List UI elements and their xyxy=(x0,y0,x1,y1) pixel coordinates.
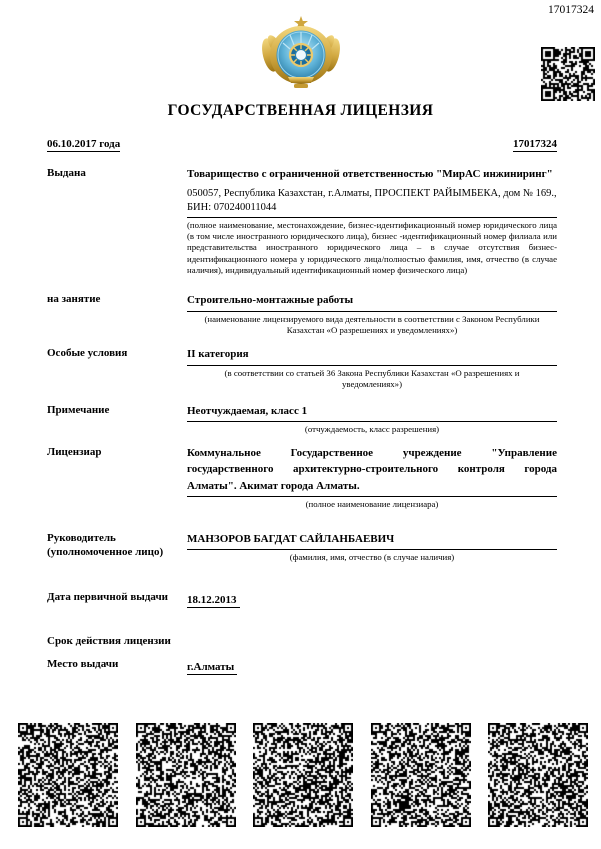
issue-place-value: г.Алматы xyxy=(187,661,237,675)
field-licensor: Лицензиар Коммунальное Государственное у… xyxy=(47,445,557,511)
document-body: 06.10.2017 года 17017324 Выдана Товарище… xyxy=(47,138,557,675)
divider-line xyxy=(187,217,557,218)
qr-code-icon xyxy=(541,47,595,101)
issued-to-value: Товарищество с ограниченной ответственно… xyxy=(187,166,557,183)
head-value: МАНЗОРОВ БАГДАТ САЙЛАНБАЕВИЧ xyxy=(187,531,557,551)
field-label: Примечание xyxy=(47,403,187,436)
first-issue-date-value: 18.12.2013 xyxy=(187,594,240,608)
field-issue-place: Место выдачи г.Алматы xyxy=(47,657,557,675)
field-issued-to: Выдана Товарищество с ограниченной ответ… xyxy=(47,166,557,276)
kazakhstan-emblem-icon xyxy=(261,15,341,93)
issued-to-address: 050057, Республика Казахстан, г.Алматы, … xyxy=(187,187,557,215)
license-number: 17017324 xyxy=(513,138,557,152)
special-conditions-value: II категория xyxy=(187,346,557,366)
licensor-caption: (полное наименование лицензиара) xyxy=(187,499,557,510)
note-value: Неотчуждаемая, класс 1 xyxy=(187,403,557,423)
barcode-block-icon xyxy=(136,723,236,827)
state-license-document: 17017324 ГОСУДА xyxy=(0,0,601,849)
activity-caption: (наименование лицензируемого вида деятел… xyxy=(187,314,557,337)
field-special-conditions: Особые условия II категория (в соответст… xyxy=(47,346,557,390)
special-conditions-caption: (в соответствии со статьей 36 Закона Рес… xyxy=(187,368,557,391)
field-validity: Срок действия лицензии xyxy=(47,634,557,649)
barcode-strip xyxy=(18,723,588,827)
field-head: Руководитель (уполномоченное лицо) МАНЗО… xyxy=(47,531,557,564)
field-label: Выдана xyxy=(47,166,187,276)
field-label: на занятие xyxy=(47,292,187,336)
barcode-block-icon xyxy=(18,723,118,827)
validity-value-empty xyxy=(187,634,557,649)
field-label: Срок действия лицензии xyxy=(47,634,187,649)
issue-date: 06.10.2017 года xyxy=(47,138,120,152)
barcode-block-icon xyxy=(253,723,353,827)
issued-to-caption: (полное наименование, местонахождение, б… xyxy=(187,220,557,276)
licensor-value: Коммунальное Государственное учреждение … xyxy=(187,445,557,498)
field-first-issue-date: Дата первичной выдачи 18.12.2013 xyxy=(47,590,557,608)
field-label: Место выдачи xyxy=(47,657,187,675)
barcode-block-icon xyxy=(488,723,588,827)
barcode-block-icon xyxy=(371,723,471,827)
field-note: Примечание Неотчуждаемая, класс 1 (отчуж… xyxy=(47,403,557,436)
field-label: Руководитель (уполномоченное лицо) xyxy=(47,531,187,564)
document-number-top: 17017324 xyxy=(548,4,594,16)
field-label: Особые условия xyxy=(47,346,187,390)
note-caption: (отчуждаемость, класс разрешения) xyxy=(187,424,557,435)
field-activity: на занятие Строительно-монтажные работы … xyxy=(47,292,557,336)
field-label: Лицензиар xyxy=(47,445,187,511)
document-title: ГОСУДАРСТВЕННАЯ ЛИЦЕНЗИЯ xyxy=(0,102,601,120)
field-label: Дата первичной выдачи xyxy=(47,590,187,608)
date-number-row: 06.10.2017 года 17017324 xyxy=(47,138,557,152)
activity-value: Строительно-монтажные работы xyxy=(187,292,557,312)
head-caption: (фамилия, имя, отчество (в случае наличи… xyxy=(187,552,557,563)
